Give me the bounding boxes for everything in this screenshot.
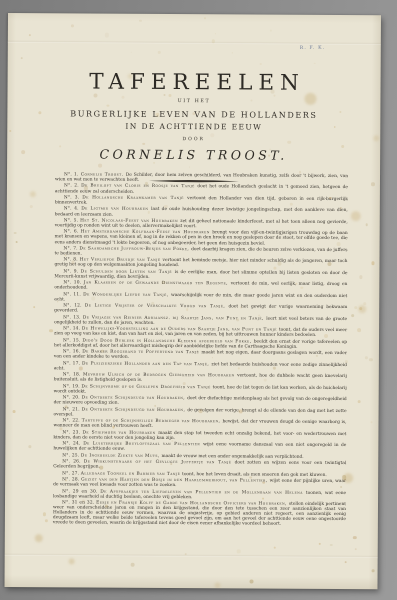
catalog-entry: N°. 11. De Wonderlijke Liefde van Tanjé,… [54, 292, 347, 304]
entry-description: stellen eindelijk pertinent weer van ond… [53, 502, 346, 527]
catalog-entry: N°. 24. De Luisterrijke Bruyloftszaal va… [53, 441, 346, 453]
catalog-entry: N°. 10. Jan Klaassen of de Gewaande Dien… [54, 281, 347, 293]
catalog-entry: N°. 28. Gezigt van den Hartjen den Bosje… [53, 477, 346, 489]
catalog-entry: N°. 4. De Ligtmis van Houbraken laat de … [55, 207, 348, 219]
catalog-entry: N°. 31 en 32. Eesje en Fransje Kolff de … [53, 500, 346, 527]
title-block: TAFEREELEN UIT HET BURGERLIJKE LEVEN VAN… [7, 69, 381, 189]
subtitle-uit-het: UIT HET [7, 98, 380, 105]
entry-title: De Saardamsche Juffrouw-Besjes van Fokke… [79, 246, 191, 252]
entry-title: De Ingebeelde Ziekte van Muys, [81, 453, 162, 458]
catalog-entry: N°. 1. Cornelis Troost. De Schilder, doo… [55, 172, 348, 184]
entry-number: N°. 25. [62, 453, 81, 458]
catalog-entry: N°. 6. Het Amsterdamsche Kolfbaan-Feest … [55, 230, 348, 247]
entry-number: N°. 27. [62, 471, 81, 476]
catalog-entry: N°. 19. De Schijnvrome of de Geslepen Dr… [54, 384, 347, 396]
entry-number: N°. 11. [63, 292, 83, 297]
catalog-entry: N°. 7. De Saardamsche Juffrouw-Besjes va… [55, 246, 348, 258]
catalog-entry: N°. 5. Het St. Nicolaas-Feest van Houbra… [55, 218, 348, 230]
catalog-entry: N°. 14. De Huwelijks-Voorstelling aan de… [54, 327, 347, 339]
catalog-entry-list: N°. 1. Cornelis Troost. De Schilder, doo… [53, 172, 348, 528]
catalog-entry: N°. 17. De Pleizierzieke Hollander aan d… [54, 361, 347, 373]
entry-title: De Wonderlijke Liefde van Tanjé, [83, 292, 171, 298]
catalog-entry: N°. 29 en 30. De Afspraakjes ter Liefdel… [53, 489, 346, 501]
catalog-entry: N°. 26. De Wiskunstenaars of het Gevlugt… [53, 459, 346, 471]
catalog-entry: N°. 13. De Vrijagie van Reinier Adriaans… [54, 315, 347, 327]
entry-title: De Schijnvrome of de Geslepen Droefheid … [81, 384, 212, 390]
subtitle-line1: BURGERLIJKE LEVEN VAN DE HOLLANDERS [7, 109, 380, 120]
entry-title: De Wiskunstenaars of het Gevlugte Juffer… [84, 460, 235, 466]
catalog-entry: N°. 9. De Schulden door Listen van Tanjé… [54, 269, 347, 281]
byline-door: DOOR [7, 136, 380, 143]
author-name: CORNELIS TROOST. [7, 146, 380, 163]
document-page: R. F. K. TAFEREELEN UIT HET BURGERLIJKE … [4, 13, 380, 589]
photo-background: { "page": { "stamp_text": "R. F. K.", "t… [0, 0, 397, 600]
entry-title: Jan Klaassen of de Gewaande Dienstmaagd … [84, 281, 231, 287]
catalog-entry: N°. 15. Dido's Dood Burlesk in Hollandsc… [54, 338, 347, 350]
catalog-entry: N°. 20. De Ontdekte Schijndeugd van Houb… [54, 396, 347, 408]
catalog-entry: N°. 21. De Ontdekte Schijndeugd van Houb… [54, 407, 347, 419]
catalog-entry: N°. 18. Mevrouw Ulrich of de Bedrogen Gi… [54, 373, 347, 385]
entry-title: De Ontdekte Schijndeugd van Houbraken, [82, 407, 188, 413]
catalog-entry: N°. 12. De Listige Vrijster of Verschalk… [54, 304, 347, 316]
entry-title: De Hollandsche Kraamkamer van Tanjé [82, 195, 187, 201]
catalog-entry: N°. 16. De Bakker Roggeband te Pofferten… [54, 350, 347, 362]
collection-stamp: R. F. K. [299, 46, 325, 51]
paper-crease-top [8, 40, 381, 45]
paper-crease-bottom [5, 553, 378, 558]
catalog-entry: N°. 8. Het Verliefde Bruidje van Tanjé v… [54, 258, 347, 270]
catalog-entry: N°. 23. De Stiefmoêr van Houbraken maakt… [53, 430, 346, 442]
catalog-entry: N°. 2. De Bruiloft van Cloris en Roosje … [55, 184, 348, 196]
page-title: TAFEREELEN [14, 69, 381, 96]
catalog-entry: N°. 22. Tartuffe of de Schijnheilige Bed… [53, 419, 346, 431]
subtitle-line2: IN DE ACHTTIENDE EEUW [7, 121, 380, 132]
entry-title: De Pleizierzieke Hollander aan den Tap v… [82, 361, 211, 367]
entry-number: N°. 17. [63, 361, 82, 366]
catalog-entry: N°. 3. De Hollandsche Kraamkamer van Tan… [55, 195, 348, 207]
entry-description: toont, hoe het leven draait, als men sno… [182, 472, 327, 478]
entry-description: maakt de vrouw met een ander ongemakkeli… [162, 454, 304, 460]
entry-title: Alledaags Tooneel en Barbier van Tanjé [81, 471, 182, 477]
entry-title: De Listige Vrijster of Verschalkte Voogd… [85, 304, 229, 310]
